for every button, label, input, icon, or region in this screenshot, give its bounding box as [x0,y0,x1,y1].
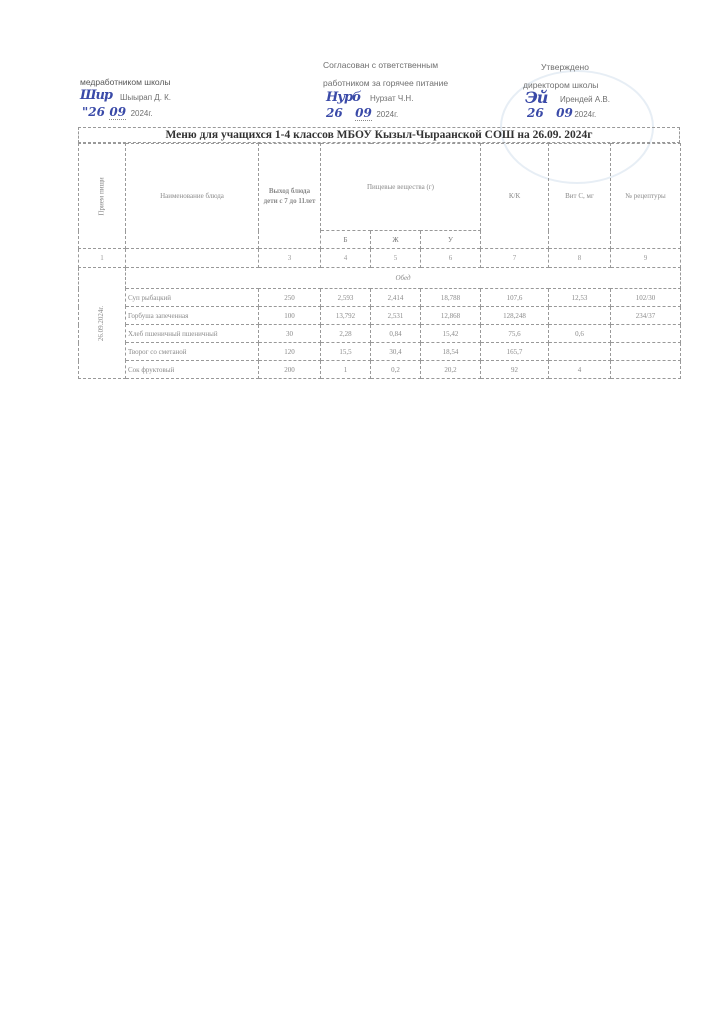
dish-name: Суп рыбацкий [126,289,259,307]
header-vitamin-c: Вит С, мг [549,144,611,249]
dish-fat: 30,4 [371,343,421,361]
medic-date-year: 2024г. [131,109,153,118]
food-responsible-role-line2: работником за горячее питание [323,78,448,88]
header-nutrients: Пищевые вещества (г) [321,144,481,231]
dish-name: Горбуша запеченная [126,307,259,325]
dish-protein: 15,5 [321,343,371,361]
subheader-carbs: У [421,231,481,249]
header-kcal: К/К [481,144,549,249]
col-number-6: 6 [421,249,481,268]
dish-kcal: 92 [481,361,549,379]
col-number-7: 7 [481,249,549,268]
col-number-8: 8 [549,249,611,268]
food-responsible-date-month: 09 [355,106,372,121]
header-dish-name: Наименование блюда [126,144,259,249]
dish-yield: 250 [259,289,321,307]
food-responsible-date: 26 09 2024г. [326,104,398,122]
dish-yield: 200 [259,361,321,379]
director-date-day: 26 [527,106,544,120]
dish-vitamin-c [549,343,611,361]
dish-carbs: 12,868 [421,307,481,325]
dish-carbs: 15,42 [421,325,481,343]
dish-kcal: 75,6 [481,325,549,343]
director-date-month: 09 [556,106,573,120]
dish-recipe: 234/37 [611,307,681,325]
col-number-4: 4 [321,249,371,268]
date-cell: 26.09.2024г. [79,268,126,379]
header-recipe-no: № рецептуры [611,144,681,249]
dish-name: Хлеб пшеничный пшеничный [126,325,259,343]
dish-vitamin-c: 0,6 [549,325,611,343]
medic-date-month: 09 [109,105,126,120]
director-name: Ирендей А.В. [560,95,610,104]
dish-recipe: 102/30 [611,289,681,307]
col-number-9: 9 [611,249,681,268]
director-date-year: 2024г. [574,110,596,119]
food-responsible-signature: Нурб [326,90,361,105]
header-yield: Выход блюда дети с 7 до 11лет [259,144,321,249]
dish-kcal: 165,7 [481,343,549,361]
dish-vitamin-c: 12,53 [549,289,611,307]
dish-vitamin-c [549,307,611,325]
table-row: Сок фруктовый 200 1 0,2 20,2 92 4 [79,361,681,379]
dish-protein: 1 [321,361,371,379]
table-row: Горбуша запеченная 100 13,792 2,531 12,8… [79,307,681,325]
meal-row: 26.09.2024г. Обед [79,268,681,289]
col-number-5: 5 [371,249,421,268]
subheader-protein: Б [321,231,371,249]
dish-kcal: 107,6 [481,289,549,307]
food-responsible-date-day: 26 [326,106,343,120]
table-row: Суп рыбацкий 250 2,593 2,414 18,788 107,… [79,289,681,307]
dish-yield: 30 [259,325,321,343]
col-number-1: 1 [79,249,126,268]
header-meal-time: Прием пищи [79,144,126,249]
dish-fat: 2,531 [371,307,421,325]
dish-yield: 100 [259,307,321,325]
dish-recipe [611,325,681,343]
dish-recipe [611,343,681,361]
dish-carbs: 18,54 [421,343,481,361]
dish-fat: 2,414 [371,289,421,307]
dish-vitamin-c: 4 [549,361,611,379]
dish-fat: 0,84 [371,325,421,343]
dish-yield: 120 [259,343,321,361]
dish-protein: 2,28 [321,325,371,343]
dish-carbs: 20,2 [421,361,481,379]
food-responsible-role-line1: Согласован с ответственным [323,60,438,70]
meal-label: Обед [126,268,681,289]
column-number-row: 1 3 4 5 6 7 8 9 [79,249,681,268]
director-role-line1: Утверждено [541,62,589,72]
dish-protein: 2,593 [321,289,371,307]
medic-name: Шыырап Д. К. [120,93,171,102]
menu-title: Меню для учащихся 1-4 классов МБОУ Кызыл… [78,127,680,143]
medic-date: "26 09 2024г. [82,103,153,121]
dish-protein: 13,792 [321,307,371,325]
dish-recipe [611,361,681,379]
table-row: Хлеб пшеничный пшеничный 30 2,28 0,84 15… [79,325,681,343]
dish-name: Сок фруктовый [126,361,259,379]
dish-fat: 0,2 [371,361,421,379]
dish-name: Творог со сметаной [126,343,259,361]
medic-date-day: "26 [82,105,105,119]
director-date: 26 09 2024г. [527,104,596,122]
subheader-fat: Ж [371,231,421,249]
food-responsible-date-year: 2024г. [376,110,398,119]
menu-table: Прием пищи Наименование блюда Выход блюд… [78,143,681,379]
medic-signature: Шир [80,88,112,103]
food-responsible-name: Нурзат Ч.Н. [370,94,413,103]
col-number-3: 3 [259,249,321,268]
dish-carbs: 18,788 [421,289,481,307]
header-row: Прием пищи Наименование блюда Выход блюд… [79,144,681,231]
col-number-2 [126,249,259,268]
medic-role: медработником школы [80,77,171,87]
table-row: Творог со сметаной 120 15,5 30,4 18,54 1… [79,343,681,361]
dish-kcal: 128,248 [481,307,549,325]
